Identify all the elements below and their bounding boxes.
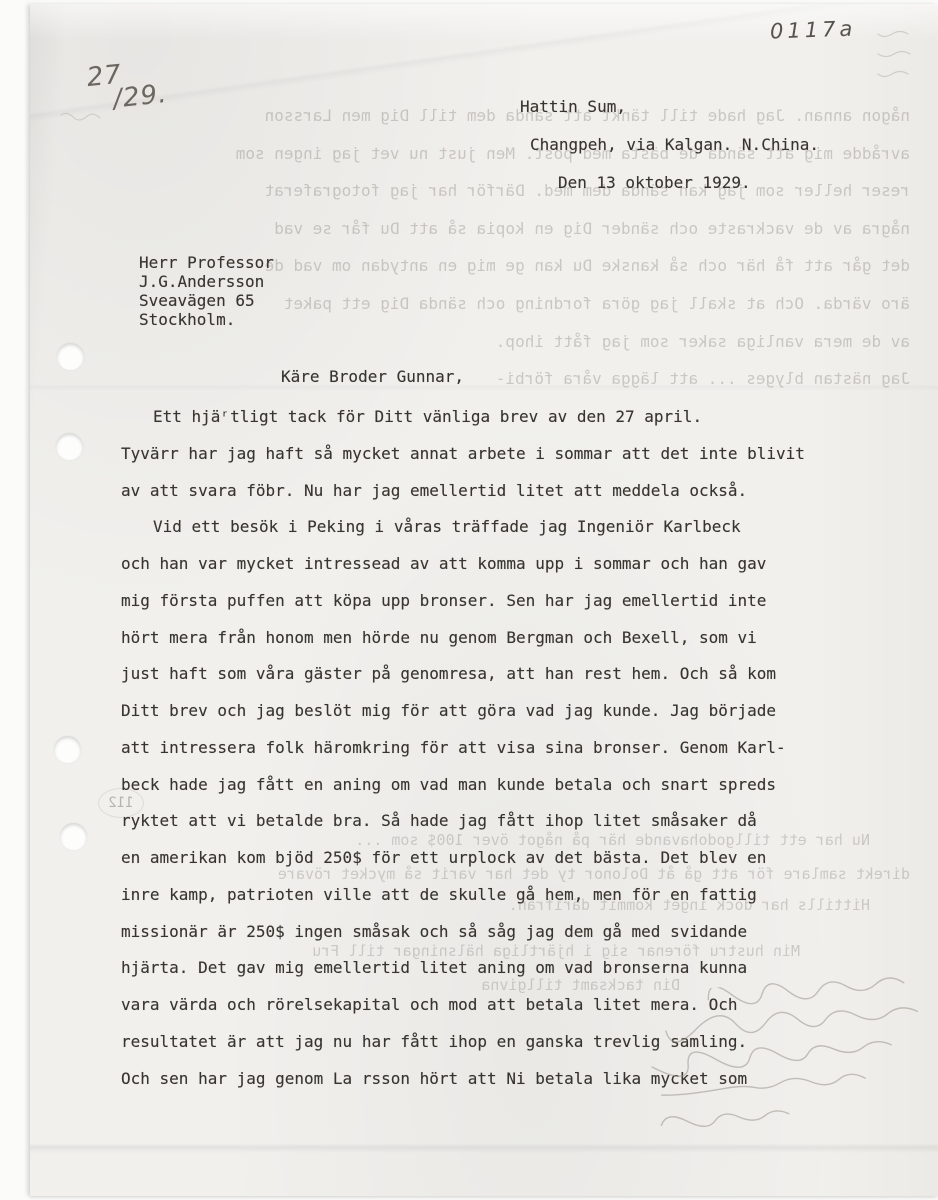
archival-number-note: 27 /29. [86,58,169,114]
sender-line: Changpeh, via Kalgan. N.China. [530,126,819,164]
punch-hole [56,433,83,460]
recipient-line: J.G.Andersson [139,272,274,291]
sender-address-block: Hattin Sum,Changpeh, via Kalgan. N.China… [520,88,819,202]
typed-line: och han var mycket intressead av att kom… [121,546,805,583]
letter-body: Ett hjäʳtligt tack för Ditt vänliga brev… [121,399,805,1097]
typed-line: Och sen har jag genom La rsson hört att … [121,1061,805,1098]
typed-line: vara värda och rörelsekapital och mod at… [121,987,805,1024]
recipient-line: Herr Professor [139,253,274,272]
typed-line: hjärta. Det gav mig emellertid litet ani… [121,950,805,987]
salutation: Käre Broder Gunnar, [281,367,464,386]
typed-line: Ett hjäʳtligt tack för Ditt vänliga brev… [153,399,805,436]
recipient-line: Sveavägen 65 [139,291,274,310]
punch-hole [54,736,81,763]
typed-line: av att svara föbr. Nu har jag emellertid… [121,473,805,510]
scanned-letter: någon annan. Jag hade till tänkt att sän… [0,0,938,1200]
punch-hole [60,823,87,850]
sender-line: Hattin Sum, [520,88,819,126]
recipient-address-block: Herr ProfessorJ.G.AnderssonSveavägen 65S… [139,253,274,329]
typed-line: mig första puffen att köpa upp bronser. … [121,583,805,620]
typed-line: ryktet att vi betalde bra. Så hade jag f… [121,803,805,840]
typed-line: beck hade jag fått en aning om vad man k… [121,767,805,804]
archival-code-note: 0117a [770,17,857,44]
typed-line: en amerikan kom bjöd 250$ för ett urploc… [121,840,805,877]
ghost-line: några av de vackraste och sänder Dig en … [58,210,910,248]
typed-line: just haft som våra gäster på genomresa, … [121,656,805,693]
typed-line: Vid ett besök i Peking i våras träffade … [153,509,805,546]
sender-line: Den 13 oktober 1929. [558,164,819,202]
typed-line: Tyvärr har jag haft så mycket annat arbe… [121,436,805,473]
typed-line: hört mera från honom men hörde nu genom … [121,620,805,657]
recipient-line: Stockholm. [139,310,274,329]
typed-line: missionär är 250$ ingen småsak och så så… [121,914,805,951]
typed-line: Ditt brev och jag beslöt mig för att gör… [121,693,805,730]
ghost-line: Jag nästan blyges ... att lägga våra för… [58,360,910,398]
typed-line: resultatet är att jag nu har fått ihop e… [121,1024,805,1061]
typed-line: att intressera folk häromkring för att v… [121,730,805,767]
archival-number-bottom: /29. [112,82,168,112]
typed-line: inre kamp, patrioten ville att de skulle… [121,877,805,914]
